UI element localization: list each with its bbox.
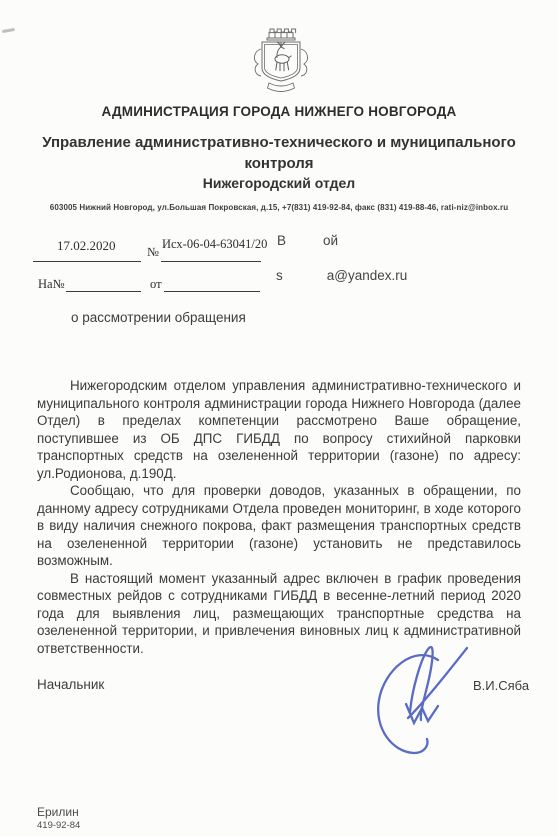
- recipient-name-end: ой: [323, 233, 338, 248]
- recipient-email-end: а@yandex.ru: [327, 268, 408, 283]
- executor-phone: 419-92-84: [37, 820, 80, 831]
- signer-name: В.И.Сяба: [473, 678, 529, 693]
- recipient-name-start: В: [277, 233, 286, 248]
- reply-from-label: от: [150, 277, 162, 292]
- number-underline: [161, 261, 261, 262]
- nizhny-novgorod-coat-of-arms-icon: [250, 26, 312, 94]
- deer-icon: [275, 42, 291, 71]
- subject-line: о рассмотрении обращения: [71, 310, 246, 325]
- signer-position-title: Начальник: [37, 677, 104, 692]
- number-sign-label: №: [147, 245, 159, 260]
- body-paragraph-1: Нижегородским отделом управления админис…: [37, 377, 521, 482]
- reply-number-underline: [66, 291, 141, 292]
- letter-body: Нижегородским отделом управления админис…: [37, 377, 521, 657]
- outgoing-date: 17.02.2020: [57, 238, 116, 254]
- contact-line: 603005 Нижний Новгород, ул.Большая Покро…: [0, 203, 558, 212]
- scan-artifact-mark: [2, 28, 15, 33]
- division-title: Нижегородский отдел: [0, 175, 558, 191]
- handwritten-signature: [358, 638, 472, 760]
- recipient-email-start: ѕ: [276, 268, 283, 283]
- executor-name: Ерилин: [37, 805, 79, 819]
- department-title: Управление административно-технического …: [29, 132, 529, 174]
- date-underline: [33, 261, 141, 262]
- reply-to-number-label: На№: [38, 277, 65, 292]
- outgoing-number: Исх-06-04-63041/20: [162, 237, 267, 252]
- organization-title: АДМИНИСТРАЦИЯ ГОРОДА НИЖНЕГО НОВГОРОДА: [0, 104, 558, 119]
- recipient-name-redacted: В ой: [277, 233, 338, 248]
- scanned-letter-page: АДМИНИСТРАЦИЯ ГОРОДА НИЖНЕГО НОВГОРОДА У…: [0, 0, 558, 836]
- recipient-email-redacted: ѕ а@yandex.ru: [276, 268, 407, 283]
- reply-date-underline: [164, 291, 260, 292]
- body-paragraph-2: Сообщаю, что для проверки доводов, указа…: [37, 482, 521, 570]
